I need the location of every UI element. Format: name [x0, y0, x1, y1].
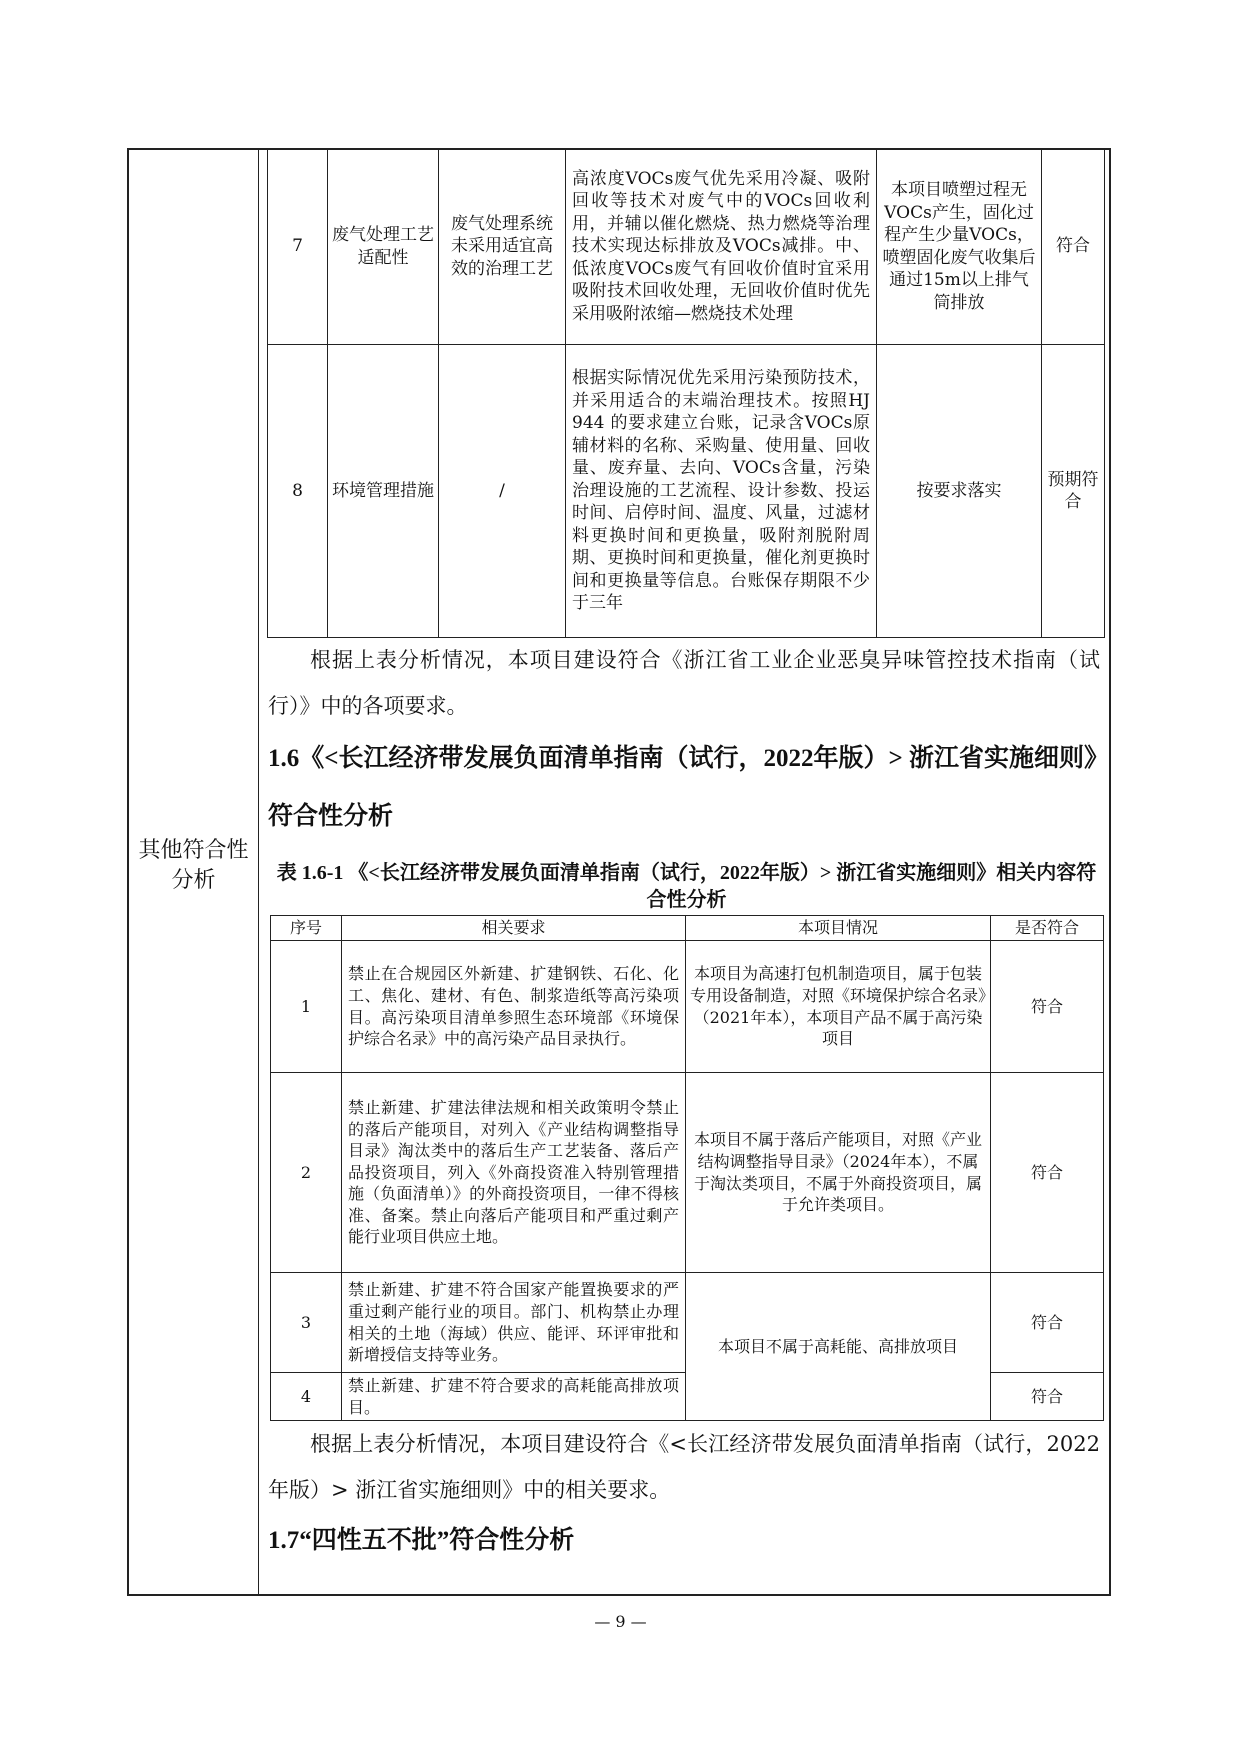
header-cell: 是否符合 [991, 916, 1104, 941]
table-row: 7 废气处理工艺适配性 废气处理系统未采用适宜高效的治理工艺 高浓度VOCs废气… [268, 149, 1105, 345]
row-item: 废气处理工艺适配性 [328, 149, 439, 345]
yangtze-negative-list-table: 序号 相关要求 本项目情况 是否符合 1 禁止在合规园区外新建、扩建钢铁、石化、… [270, 915, 1104, 1421]
header-cell: 相关要求 [342, 916, 686, 941]
row-number: 7 [268, 149, 328, 345]
side-label: 其他符合性分析 [129, 836, 258, 896]
row-requirement: 根据实际情况优先采用污染预防技术，并采用适合的末端治理技术。按照HJ 944 的… [566, 345, 877, 638]
odor-control-table: 7 废气处理工艺适配性 废气处理系统未采用适宜高效的治理工艺 高浓度VOCs废气… [267, 148, 1105, 638]
row-project-status: 本项目喷塑过程无VOCs产生，固化过程产生少量VOCs，喷塑固化废气收集后通过1… [877, 149, 1042, 345]
table-row: 2 禁止新建、扩建法律法规和相关政策明令禁止的落后产能项目，对列入《产业结构调整… [271, 1073, 1104, 1273]
section-heading-1-6: 1.6《<长江经济带发展负面清单指南（试行，2022年版）> 浙江省实施细则》符… [268, 730, 1100, 846]
row-requirement: 禁止新建、扩建不符合要求的高耗能高排放项目。 [342, 1373, 686, 1421]
row-compliance: 预期符合 [1042, 345, 1105, 638]
row-number: 8 [268, 345, 328, 638]
row-project-status: 本项目不属于高耗能、高排放项目 [686, 1273, 991, 1421]
row-requirement: 禁止新建、扩建不符合国家产能置换要求的严重过剩产能行业的项目。部门、机构禁止办理… [342, 1273, 686, 1373]
row-project-status: 按要求落实 [877, 345, 1042, 638]
conclusion-paragraph-2: 根据上表分析情况，本项目建设符合《<长江经济带发展负面清单指南（试行，2022年… [268, 1421, 1100, 1513]
row-number: 3 [271, 1273, 342, 1373]
row-number: 1 [271, 941, 342, 1073]
row-compliance: 符合 [991, 941, 1104, 1073]
row-compliance: 符合 [991, 1373, 1104, 1421]
row-requirement: 禁止新建、扩建法律法规和相关政策明令禁止的落后产能项目，对列入《产业结构调整指导… [342, 1073, 686, 1273]
column-divider [258, 148, 259, 1596]
header-cell: 序号 [271, 916, 342, 941]
row-compliance: 符合 [1042, 149, 1105, 345]
page-number: — 9 — [0, 1612, 1241, 1631]
header-cell: 本项目情况 [686, 916, 991, 941]
row-issue: 废气处理系统未采用适宜高效的治理工艺 [439, 149, 566, 345]
conclusion-paragraph-1: 根据上表分析情况，本项目建设符合《浙江省工业企业恶臭异味管控技术指南（试行）》中… [268, 637, 1100, 729]
row-requirement: 禁止在合规园区外新建、扩建钢铁、石化、化工、焦化、建材、有色、制浆造纸等高污染项… [342, 941, 686, 1073]
table-row: 3 禁止新建、扩建不符合国家产能置换要求的严重过剩产能行业的项目。部门、机构禁止… [271, 1273, 1104, 1373]
section-heading-1-7: 1.7“四性五不批”符合性分析 [268, 1512, 1100, 1570]
row-issue: / [439, 345, 566, 638]
table-caption: 表 1.6-1 《<长江经济带发展负面清单指南（试行，2022年版）> 浙江省实… [270, 860, 1103, 914]
row-number: 2 [271, 1073, 342, 1273]
row-compliance: 符合 [991, 1273, 1104, 1373]
table-row: 8 环境管理措施 / 根据实际情况优先采用污染预防技术，并采用适合的末端治理技术… [268, 345, 1105, 638]
row-project-status: 本项目为高速打包机制造项目，属于包装专用设备制造，对照《环境保护综合名录》（20… [686, 941, 991, 1073]
row-project-status: 本项目不属于落后产能项目，对照《产业结构调整指导目录》（2024年本），不属于淘… [686, 1073, 991, 1273]
table-row: 1 禁止在合规园区外新建、扩建钢铁、石化、化工、焦化、建材、有色、制浆造纸等高污… [271, 941, 1104, 1073]
row-compliance: 符合 [991, 1073, 1104, 1273]
row-number: 4 [271, 1373, 342, 1421]
row-item: 环境管理措施 [328, 345, 439, 638]
table-header-row: 序号 相关要求 本项目情况 是否符合 [271, 916, 1104, 941]
row-requirement: 高浓度VOCs废气优先采用冷凝、吸附回收等技术对废气中的VOCs回收利用，并辅以… [566, 149, 877, 345]
